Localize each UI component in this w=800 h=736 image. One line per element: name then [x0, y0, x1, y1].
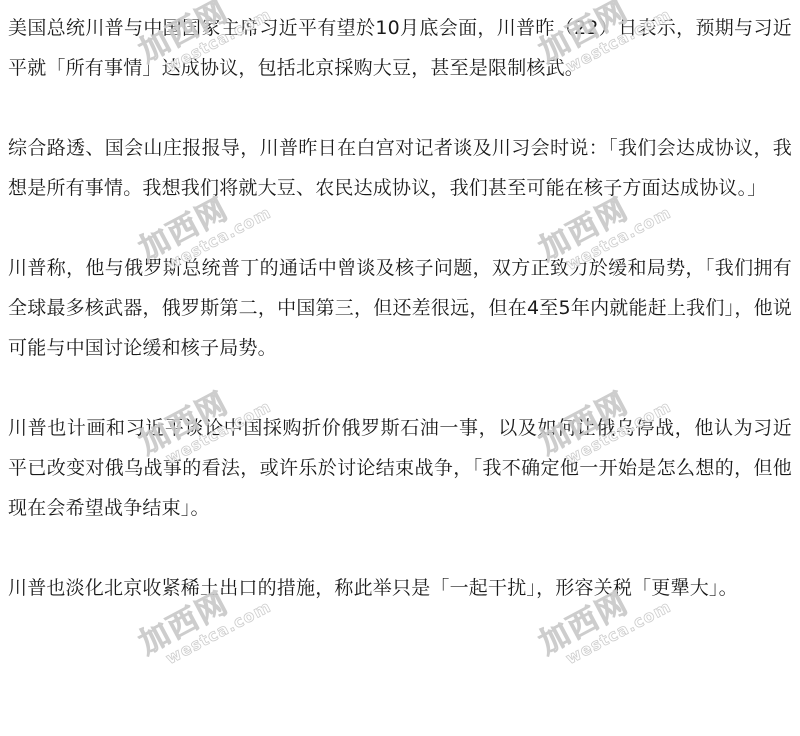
article-paragraph: 川普称，他与俄罗斯总统普丁的通话中曾谈及核子问题，双方正致力於缓和局势，「我们拥… — [8, 248, 792, 368]
article-paragraph: 川普也淡化北京收紧稀土出口的措施，称此举只是「一起干扰」，形容关税「更犟大」。 — [8, 568, 792, 608]
article-body: 美国总统川普与中国国家主席习近平有望於10月底会面，川普昨（22）日表示，预期与… — [8, 8, 792, 648]
article-paragraph: 综合路透、国会山庄报报导，川普昨日在白宫对记者谈及川习会时说：「我们会达成协议，… — [8, 128, 792, 208]
article-paragraph: 川普也计画和习近平谈论中国採购折价俄罗斯石油一事，以及如何让俄乌停战，他认为习近… — [8, 408, 792, 528]
article-paragraph: 美国总统川普与中国国家主席习近平有望於10月底会面，川普昨（22）日表示，预期与… — [8, 8, 792, 88]
